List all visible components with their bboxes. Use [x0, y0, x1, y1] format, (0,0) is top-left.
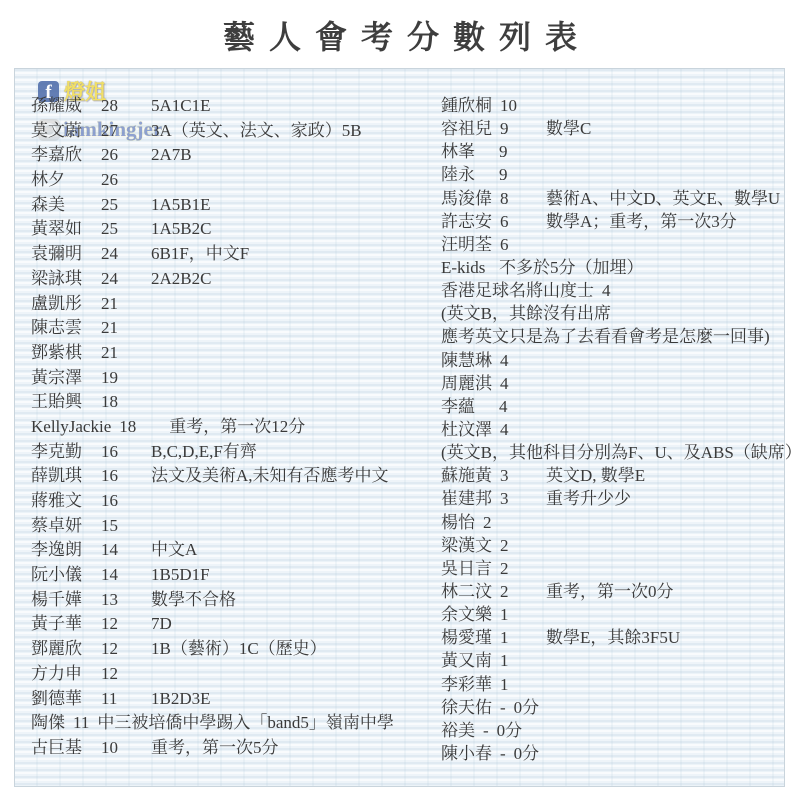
- artist-name: 汪明荃: [441, 230, 492, 255]
- artist-name: 陳慧琳: [441, 346, 492, 371]
- artist-name: 黃子華: [31, 609, 93, 634]
- score-row: 陳志雲21: [31, 313, 433, 338]
- page-title: 藝人會考分數列表: [0, 12, 800, 58]
- score-value: 4: [500, 374, 540, 394]
- score-row: 古巨基10重考，第一次5分: [31, 733, 433, 758]
- score-note: 2A7B: [151, 145, 192, 165]
- score-row: 李克勤16B,C,D,E,F有齊: [31, 437, 433, 462]
- artist-name: 鍾欣桐: [441, 91, 492, 116]
- artist-name: 陳小春: [441, 739, 492, 764]
- artist-name: 薛凱琪: [31, 461, 93, 486]
- score-value: 12: [101, 664, 145, 684]
- score-note: 0分: [497, 716, 523, 741]
- score-row: 杜汶澤4: [441, 415, 783, 438]
- artist-name: 盧凱彤: [31, 289, 93, 314]
- score-row: 陸永9: [441, 160, 783, 183]
- score-value: 10: [500, 96, 540, 116]
- score-row: (英文B，其餘沒有出席: [441, 299, 783, 322]
- score-list-panel: f 燈姐 iamkingjer 孫耀威285A1C1E莫文蔚273A（英文、法文…: [14, 68, 785, 787]
- artist-name: 裕美: [441, 716, 475, 741]
- score-row: 鍾欣桐10: [441, 91, 783, 114]
- score-value: 26: [101, 145, 145, 165]
- score-value: -: [483, 721, 489, 741]
- artist-name: 李逸朗: [31, 535, 93, 560]
- score-note: 0分: [514, 693, 540, 718]
- score-row: 許志安6數學A；重考，第一次3分: [441, 207, 783, 230]
- artist-name: 余文樂: [441, 600, 492, 625]
- artist-name: 周麗淇: [441, 369, 492, 394]
- score-note: 1B2D3E: [151, 689, 211, 709]
- score-value: 25: [101, 219, 145, 239]
- artist-name: KellyJackie: [31, 417, 111, 437]
- score-row: 陳慧琳4: [441, 346, 783, 369]
- score-value: 14: [101, 565, 145, 585]
- score-note: 0分: [514, 739, 540, 764]
- artist-name: 吳日言: [441, 554, 492, 579]
- score-note: 重考，第一次5分: [151, 733, 279, 758]
- score-value: 26: [101, 170, 145, 190]
- score-row: 陶傑11中三被培僑中學踢入「band5」嶺南中學: [31, 708, 433, 733]
- score-row: 余文樂1: [441, 600, 783, 623]
- artist-name: 黃又南: [441, 646, 492, 671]
- score-note: 法文及美術A,未知有否應考中文: [151, 461, 389, 486]
- score-row: 周麗淇4: [441, 369, 783, 392]
- score-list-left: 孫耀威285A1C1E莫文蔚273A（英文、法文、家政）5B李嘉欣262A7B林…: [31, 91, 433, 758]
- artist-name: 馬浚偉: [441, 184, 492, 209]
- score-value: 27: [101, 121, 145, 141]
- score-note: 1B5D1F: [151, 565, 210, 585]
- score-row: 盧凱彤21: [31, 289, 433, 314]
- artist-name: 李蘊: [441, 392, 491, 417]
- score-value: 14: [101, 540, 145, 560]
- score-value: 4: [500, 420, 540, 440]
- artist-name: (英文B，其餘沒有出席: [441, 299, 611, 324]
- score-note: 數學不合格: [151, 585, 236, 610]
- score-value: 11: [73, 713, 89, 733]
- score-note: 6B1F，中文F: [151, 239, 249, 264]
- score-value: 1: [500, 628, 540, 648]
- artist-name: 森美: [31, 190, 93, 215]
- score-value: 9: [499, 165, 539, 185]
- score-value: 12: [101, 639, 145, 659]
- score-row: 崔建邦3重考升少少: [441, 484, 783, 507]
- score-note: 1A5B1E: [151, 195, 211, 215]
- score-row: 袁彌明246B1F，中文F: [31, 239, 433, 264]
- artist-name: 劉德華: [31, 684, 93, 709]
- score-note: 重考，第一次12分: [169, 412, 305, 437]
- score-value: 1: [500, 651, 540, 671]
- score-value: 10: [101, 738, 145, 758]
- score-note: 重考升少少: [546, 484, 631, 509]
- artist-name: 楊千嬅: [31, 585, 93, 610]
- score-value: 6: [500, 235, 540, 255]
- score-value: 24: [101, 269, 145, 289]
- score-value: 21: [101, 294, 145, 314]
- score-row: (英文B，其他科目分別為F、U、及ABS（缺席）: [441, 438, 783, 461]
- score-note: 數學A；重考，第一次3分: [546, 207, 737, 232]
- score-value: 16: [101, 491, 145, 511]
- score-note: 7D: [151, 614, 172, 634]
- artist-name: 莫文蔚: [31, 116, 93, 141]
- score-row: 汪明荃6: [441, 230, 783, 253]
- score-row: 黃又南1: [441, 646, 783, 669]
- score-row: 阮小儀141B5D1F: [31, 560, 433, 585]
- artist-name: 古巨基: [31, 733, 93, 758]
- score-value: 21: [101, 318, 145, 338]
- artist-name: 鄧麗欣: [31, 634, 93, 659]
- score-row: 梁漢文2: [441, 531, 783, 554]
- score-note: 數學E，其餘3F5U: [546, 623, 680, 648]
- score-value: 16: [101, 466, 145, 486]
- score-note: 1A5B2C: [151, 219, 211, 239]
- score-note: 中文A: [151, 535, 197, 560]
- score-row: 鄧紫棋21: [31, 338, 433, 363]
- artist-name: 陳志雲: [31, 313, 93, 338]
- score-value: 11: [101, 689, 145, 709]
- score-value: 15: [101, 516, 145, 536]
- artist-name: 王貽興: [31, 387, 93, 412]
- score-value: 6: [500, 212, 540, 232]
- artist-name: 黃宗澤: [31, 363, 93, 388]
- artist-name: 梁詠琪: [31, 264, 93, 289]
- artist-name: 孫耀威: [31, 91, 93, 116]
- score-row: E-kids不多於5分（加埋）: [441, 253, 783, 276]
- artist-name: 梁漢文: [441, 531, 492, 556]
- score-row: 李蘊4: [441, 392, 783, 415]
- artist-name: 應考英文只是為了去看看會考是怎麼一回事): [441, 322, 770, 347]
- score-note: 5A1C1E: [151, 96, 211, 116]
- score-row: 鄧麗欣121B（藝術）1C（歷史）: [31, 634, 433, 659]
- score-note: 1B（藝術）1C（歷史）: [151, 634, 327, 659]
- artist-name: 方力申: [31, 659, 93, 684]
- score-note: 藝術A、中文D、英文E、數學U: [546, 184, 780, 209]
- artist-name: 李嘉欣: [31, 140, 93, 165]
- score-note: B,C,D,E,F有齊: [151, 437, 257, 462]
- score-row: 蔡卓妍15: [31, 511, 433, 536]
- score-value: 13: [101, 590, 145, 610]
- score-row: 王貽興18: [31, 387, 433, 412]
- score-note: 不多於5分（加埋）: [499, 253, 644, 278]
- score-note: 3A（英文、法文、家政）5B: [151, 116, 362, 141]
- score-row: 楊怡2: [441, 508, 783, 531]
- artist-name: 阮小儀: [31, 560, 93, 585]
- score-row: 林二汶2重考，第一次0分: [441, 577, 783, 600]
- artist-name: 李克勤: [31, 437, 93, 462]
- score-row: 森美251A5B1E: [31, 190, 433, 215]
- score-value: 16: [101, 442, 145, 462]
- score-value: 4: [499, 397, 539, 417]
- score-value: 2: [500, 536, 540, 556]
- score-row: 吳日言2: [441, 554, 783, 577]
- score-row: 梁詠琪242A2B2C: [31, 264, 433, 289]
- score-row: 蔣雅文16: [31, 486, 433, 511]
- artist-name: 袁彌明: [31, 239, 93, 264]
- artist-name: E-kids: [441, 258, 491, 278]
- artist-name: 蘇施黃: [441, 461, 492, 486]
- artist-name: 許志安: [441, 207, 492, 232]
- artist-name: (英文B，其他科目分別為F、U、及ABS（缺席）: [441, 438, 775, 463]
- artist-name: 徐天佑: [441, 693, 492, 718]
- score-value: 12: [101, 614, 145, 634]
- score-row: 薛凱琪16法文及美術A,未知有否應考中文: [31, 461, 433, 486]
- score-value: 1: [500, 675, 540, 695]
- score-row: KellyJackie18重考，第一次12分: [31, 412, 433, 437]
- artist-name: 鄧紫棋: [31, 338, 93, 363]
- score-row: 馬浚偉8藝術A、中文D、英文E、數學U: [441, 184, 783, 207]
- score-row: 劉德華111B2D3E: [31, 684, 433, 709]
- artist-name: 蔡卓妍: [31, 511, 93, 536]
- score-value: 28: [101, 96, 145, 116]
- artist-name: 林峯: [441, 137, 491, 162]
- score-row: 孫耀威285A1C1E: [31, 91, 433, 116]
- score-row: 蘇施黃3英文D, 數學E: [441, 461, 783, 484]
- score-row: 李彩華1: [441, 670, 783, 693]
- score-row: 莫文蔚273A（英文、法文、家政）5B: [31, 116, 433, 141]
- artist-name: 李彩華: [441, 670, 492, 695]
- score-value: 3: [500, 466, 540, 486]
- score-row: 林峯9: [441, 137, 783, 160]
- artist-name: 蔣雅文: [31, 486, 93, 511]
- score-note: 2A2B2C: [151, 269, 211, 289]
- score-row: 徐天佑-0分: [441, 693, 783, 716]
- score-value: 4: [500, 351, 540, 371]
- score-value: 4: [602, 281, 642, 301]
- score-row: 林夕26: [31, 165, 433, 190]
- score-row: 李嘉欣262A7B: [31, 140, 433, 165]
- artist-name: 林夕: [31, 165, 93, 190]
- score-note: 中三被培僑中學踢入「band5」嶺南中學: [97, 708, 394, 733]
- score-list-right: 鍾欣桐10容祖兒9數學C林峯9陸永9馬浚偉8藝術A、中文D、英文E、數學U許志安…: [441, 91, 783, 762]
- score-row: 黃翠如251A5B2C: [31, 214, 433, 239]
- score-value: 9: [500, 119, 540, 139]
- score-row: 楊愛瑾1數學E，其餘3F5U: [441, 623, 783, 646]
- score-row: 楊千嬅13數學不合格: [31, 585, 433, 610]
- score-row: 黃子華127D: [31, 609, 433, 634]
- score-value: 3: [500, 489, 540, 509]
- artist-name: 香港足球名將山度士: [441, 276, 594, 301]
- score-row: 黃宗澤19: [31, 363, 433, 388]
- score-row: 香港足球名將山度士4: [441, 276, 783, 299]
- score-note: 英文D, 數學E: [546, 461, 645, 486]
- artist-name: 林二汶: [441, 577, 492, 602]
- score-note: 數學C: [546, 114, 591, 139]
- score-row: 李逸朗14中文A: [31, 535, 433, 560]
- artist-name: 杜汶澤: [441, 415, 492, 440]
- score-value: 21: [101, 343, 145, 363]
- score-value: 24: [101, 244, 145, 264]
- score-note: 重考，第一次0分: [546, 577, 674, 602]
- artist-name: 黃翠如: [31, 214, 93, 239]
- score-row: 裕美-0分: [441, 716, 783, 739]
- score-value: 2: [483, 513, 492, 533]
- artist-name: 崔建邦: [441, 484, 492, 509]
- score-value: -: [500, 744, 506, 764]
- score-value: 25: [101, 195, 145, 215]
- score-row: 應考英文只是為了去看看會考是怎麼一回事): [441, 322, 783, 345]
- score-value: 2: [500, 582, 540, 602]
- score-row: 容祖兒9數學C: [441, 114, 783, 137]
- score-value: 8: [500, 189, 540, 209]
- artist-name: 楊愛瑾: [441, 623, 492, 648]
- score-row: 方力申12: [31, 659, 433, 684]
- score-value: -: [500, 698, 506, 718]
- artist-name: 陶傑: [31, 708, 65, 733]
- score-value: 18: [119, 417, 163, 437]
- score-value: 2: [500, 559, 540, 579]
- score-value: 18: [101, 392, 145, 412]
- score-value: 1: [500, 605, 540, 625]
- score-value: 9: [499, 142, 539, 162]
- score-row: 陳小春-0分: [441, 739, 783, 762]
- score-value: 19: [101, 368, 145, 388]
- artist-name: 楊怡: [441, 508, 475, 533]
- artist-name: 容祖兒: [441, 114, 492, 139]
- artist-name: 陸永: [441, 160, 491, 185]
